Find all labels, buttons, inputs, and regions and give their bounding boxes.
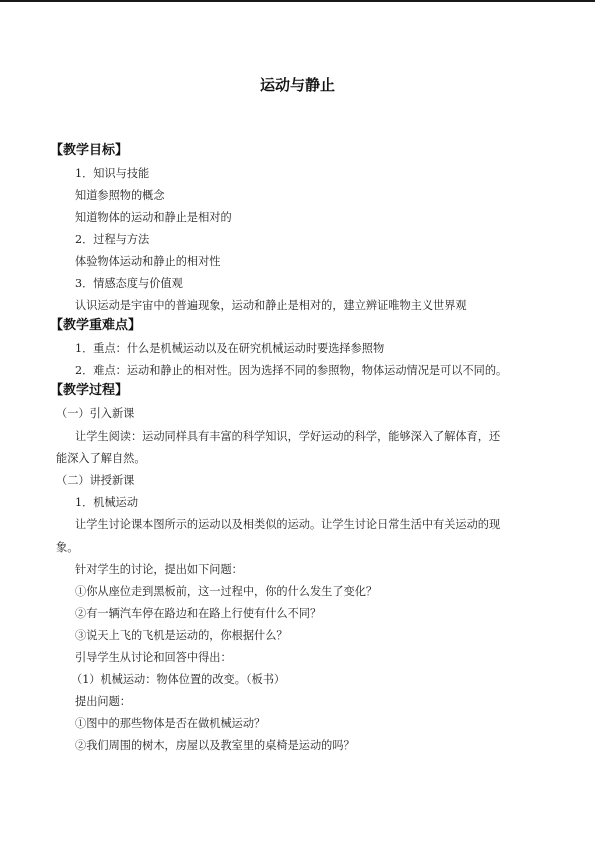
paragraph-line: ①图中的那些物体是否在做机械运动？: [75, 717, 265, 731]
paragraph-line: 2．难点：运动和静止的相对性。因为选择不同的参照物，物体运动情况是可以不同的。: [75, 364, 507, 378]
section-heading: 【教学过程】: [50, 384, 128, 398]
paragraph-line: 知道参照物的概念: [75, 189, 165, 203]
paragraph-line: （一）引入新课: [56, 407, 134, 421]
paragraph-line: ③说天上飞的飞机是运动的，你根据什么？: [75, 629, 288, 643]
paragraph-line: 认识运动是宇宙中的普遍现象，运动和静止是相对的，建立辨证唯物主义世界观: [75, 299, 467, 313]
paragraph-line: 让学生阅读：运动同样具有丰富的科学知识，学好运动的科学，能够深入了解体育，还: [75, 430, 500, 444]
section-heading: 【教学目标】: [50, 144, 128, 158]
paragraph-line: （1）机械运动：物体位置的改变。（板书）: [71, 673, 285, 687]
paragraph-line: 象。: [56, 541, 78, 555]
paragraph-line: ②我们周围的树木，房屋以及教室里的桌椅是运动的吗？: [75, 739, 355, 753]
paragraph-line: （二）讲授新课: [56, 474, 134, 488]
page-top-border: [0, 0, 595, 2]
paragraph-line: 1．机械运动: [75, 496, 138, 510]
paragraph-line: 针对学生的讨论，提出如下问题：: [75, 563, 243, 577]
paragraph-line: 让学生讨论课本图所示的运动以及相类似的运动。让学生讨论日常生活中有关运动的现: [75, 518, 500, 532]
paragraph-line: ②有一辆汽车停在路边和在路上行使有什么不同？: [75, 607, 321, 621]
paragraph-line: 引导学生从讨论和回答中得出：: [75, 651, 232, 665]
paragraph-line: 知道物体的运动和静止是相对的: [75, 211, 232, 225]
paragraph-line: ①你从座位走到黑板前，这一过程中，你的什么发生了变化？: [75, 585, 377, 599]
paragraph-line: 1．重点：什么是机械运动以及在研究机械运动时要选择参照物: [75, 342, 384, 356]
paragraph-line: 3．情感态度与价值观: [75, 277, 183, 291]
section-heading: 【教学重难点】: [50, 319, 141, 333]
paragraph-line: 体验物体运动和静止的相对性: [75, 255, 220, 269]
page-title: 运动与静止: [0, 74, 595, 95]
paragraph-line: 能深入了解自然。: [56, 452, 146, 466]
paragraph-line: 2．过程与方法: [75, 233, 149, 247]
paragraph-line: 1．知识与技能: [75, 167, 149, 181]
paragraph-line: 提出问题：: [75, 695, 131, 709]
